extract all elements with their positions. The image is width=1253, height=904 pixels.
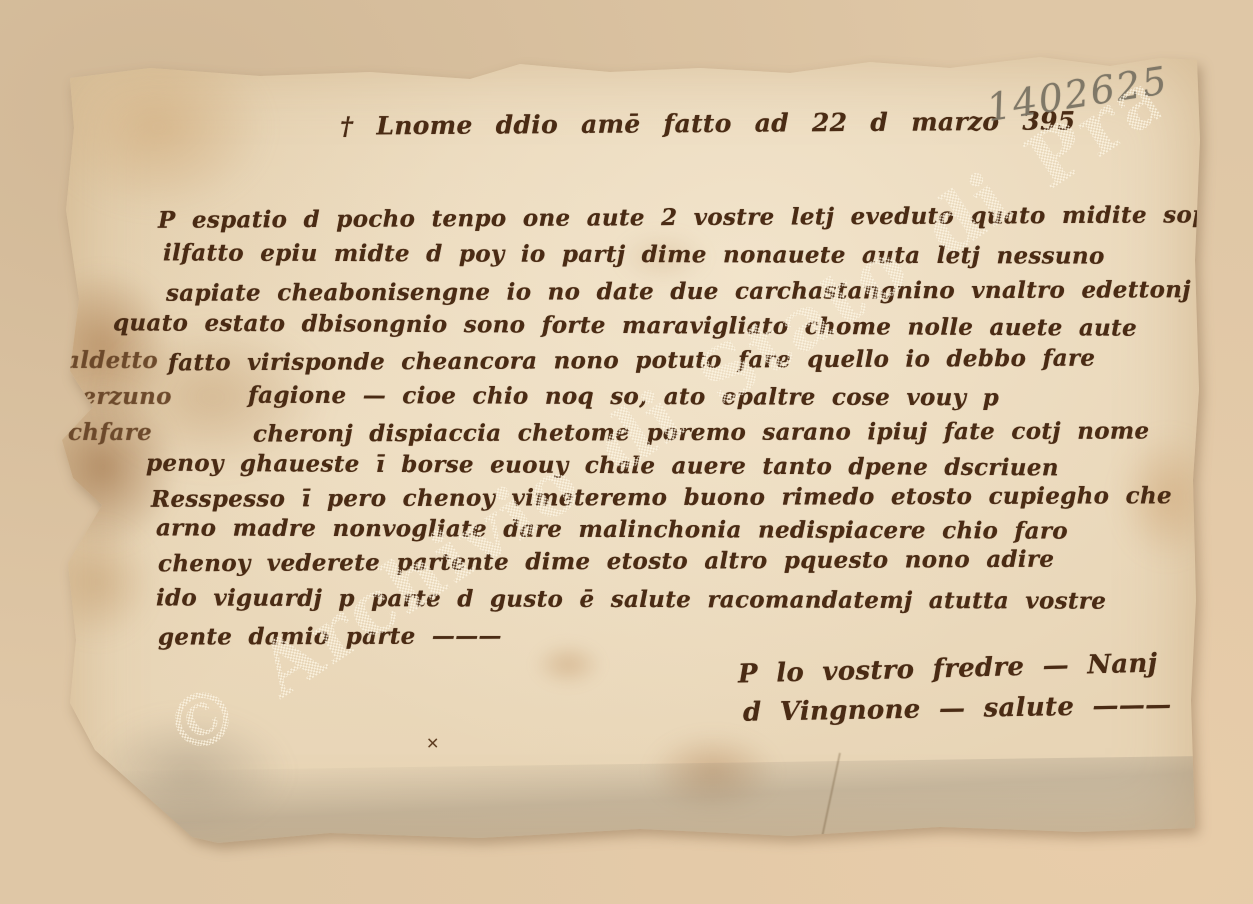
manuscript-line: quato estato dbisongnio sono forte marav… xyxy=(113,310,1137,341)
manuscript-line: gente damio parte ——— xyxy=(158,623,502,649)
letter-paper: † Lnome ddio amē fatto ad 22 d marzo 395… xyxy=(58,52,1204,847)
manuscript-line: sapiate cheabonisengne io no date due ca… xyxy=(166,277,1191,306)
faded-word: chfare xyxy=(68,420,152,445)
manuscript-line: arno madre nonvogliate dare malinchonia … xyxy=(156,515,1068,543)
stain-top-left-corner xyxy=(48,42,268,212)
manuscript-line: fagione — cioe chio noq so, ato epaltre … xyxy=(248,383,999,411)
manuscript-line: ilfatto epiu midte d poy io partj dime n… xyxy=(163,240,1105,269)
faded-word: aldetto xyxy=(65,348,158,373)
bottom-discoloration-band xyxy=(57,756,1204,858)
manuscript-scan: † Lnome ddio amē fatto ad 22 d marzo 395… xyxy=(0,0,1253,904)
manuscript-line: chenoy vederete partente dime etosto alt… xyxy=(158,547,1054,577)
manuscript-line: fatto virisponde cheancora nono potuto f… xyxy=(168,346,1095,376)
signature-line: d Vingnone — salute ——— xyxy=(743,691,1172,727)
manuscript-line: penoy ghaueste ī borse euouy chale auere… xyxy=(146,451,1059,481)
manuscript-line: ido viguardj p parte d gusto ē salute ra… xyxy=(156,585,1106,614)
manuscript-line: cheronj dispiaccia chetome poremo sarano… xyxy=(253,418,1150,446)
manuscript-line: Resspesso ī pero chenoy vimeteremo buono… xyxy=(151,483,1172,512)
signature-line: P lo vostro fredre — Nanj xyxy=(738,650,1158,690)
heading-line: † Lnome ddio amē fatto ad 22 d marzo 395 xyxy=(340,107,1076,140)
letter-paper-wrap: † Lnome ddio amē fatto ad 22 d marzo 395… xyxy=(58,52,1204,847)
stain-left-lower xyxy=(43,522,153,642)
stain-center-small xyxy=(533,642,603,687)
archive-number: 1402625 xyxy=(984,58,1172,130)
faded-word: perzuno xyxy=(65,384,172,409)
cross-mark: × xyxy=(426,734,440,752)
manuscript-line: P espatio d pocho tenpo one aute 2 vostr… xyxy=(158,202,1224,233)
